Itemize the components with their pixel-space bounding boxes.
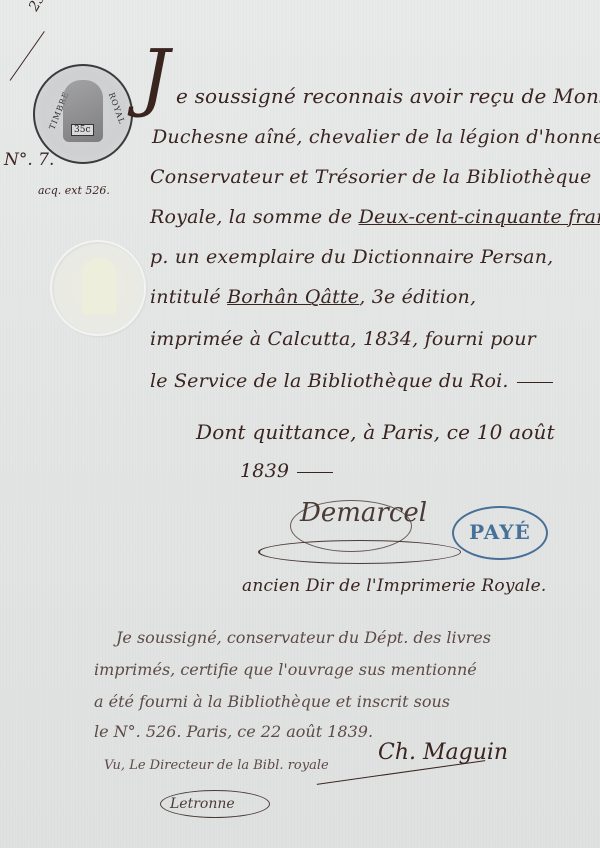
stamp-text-right: ROYAL <box>106 91 126 125</box>
signature-maguin: Ch. Maguin <box>378 740 508 765</box>
receipt-line-4-text: Royale, la somme de <box>150 206 359 228</box>
amount: Deux-cent-cinquante francs, <box>359 206 600 228</box>
initial-letter: J <box>140 40 170 114</box>
book-edition: , 3e édition, <box>359 286 476 308</box>
book-title: Borhân Qâtte <box>227 286 359 308</box>
receipt-line-7: imprimée à Calcutta, 1834, fourni pour <box>150 328 536 350</box>
item-number: N°. 7. <box>4 150 54 170</box>
line-dash <box>517 382 553 383</box>
receipt-line-4: Royale, la somme de Deux-cent-cinquante … <box>150 206 600 228</box>
embossed-seal-icon <box>50 240 146 336</box>
year-dash <box>297 472 333 473</box>
certification-line-2: imprimés, certifie que l'ouvrage sus men… <box>94 660 477 679</box>
stamp-value: 35c <box>71 124 94 136</box>
receipt-closing: Dont quittance, à Paris, ce 10 août <box>196 420 555 444</box>
signatory-title: ancien Dir de l'Imprimerie Royale. <box>242 576 546 596</box>
approval-text: Vu, Le Directeur de la Bibl. royale <box>104 758 329 773</box>
certification-line-1: Je soussigné, conservateur du Dépt. des … <box>116 628 491 647</box>
receipt-line-8-text: le Service de la Bibliothèque du Roi. <box>150 370 509 392</box>
signature-letronne: Letronne <box>170 796 235 812</box>
reference-number: 2508 <box>26 0 58 14</box>
receipt-line-8: le Service de la Bibliothèque du Roi. <box>150 370 553 392</box>
signature-flourish <box>258 540 461 564</box>
embossed-figure-icon <box>82 258 116 314</box>
receipt-line-1: e soussigné reconnais avoir reçu de Mons… <box>176 84 600 108</box>
receipt-line-6: intitulé Borhân Qâtte, 3e édition, <box>150 286 476 308</box>
signature-demarcel: Demarcel <box>300 498 427 528</box>
paye-stamp: PAYÉ <box>452 506 548 560</box>
reference-slash <box>10 31 45 81</box>
receipt-year-text: 1839 <box>240 460 289 482</box>
receipt-line-6-text: intitulé <box>150 286 227 308</box>
receipt-line-2: Duchesne aîné, chevalier de la légion d'… <box>152 126 600 148</box>
acquisition-note: acq. ext 526. <box>38 184 110 197</box>
receipt-year: 1839 <box>240 460 333 482</box>
document-page: 2508 TIMBRE ROYAL 35c N°. 7. acq. ext 52… <box>0 0 600 848</box>
receipt-line-5: p. un exemplaire du Dictionnaire Persan, <box>150 246 553 268</box>
certification-line-3: a été fourni à la Bibliothèque et inscri… <box>94 692 450 711</box>
timbre-royal-stamp: TIMBRE ROYAL 35c <box>33 64 133 164</box>
certification-line-4: le N°. 526. Paris, ce 22 août 1839. <box>94 722 373 741</box>
receipt-line-3: Conservateur et Trésorier de la Biblioth… <box>150 166 591 188</box>
